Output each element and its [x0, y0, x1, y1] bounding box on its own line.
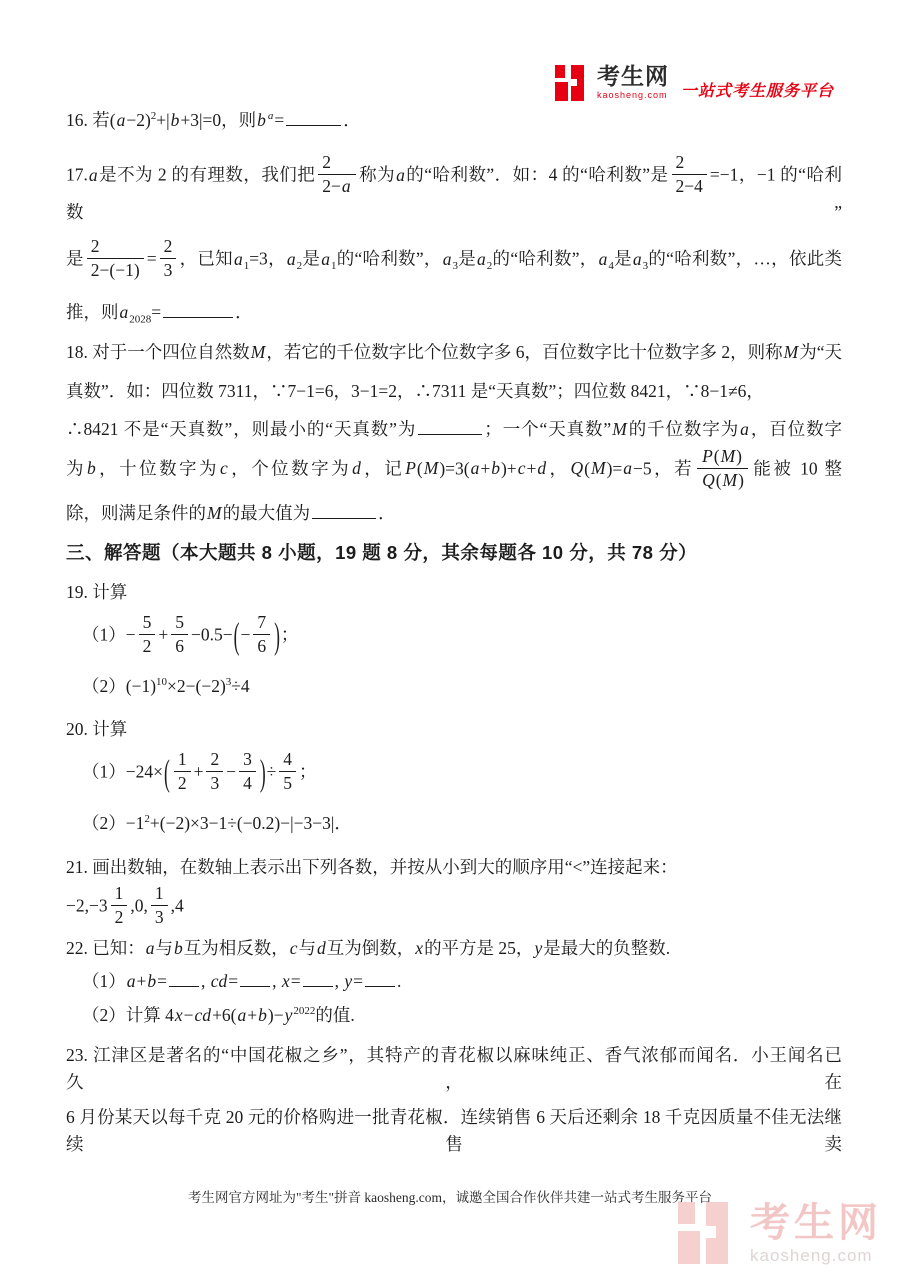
question-23: 23. 江津区是著名的“中国花椒之乡”，其特产的青花椒以麻味纯正、香气浓郁而闻名… [66, 1042, 842, 1159]
question-20-part-2: （2）−12+(−2)×3−1÷(−0.2)−|−3−3|． [66, 810, 842, 837]
exam-content: 16. 若(a−2)2+|b+3|=0，则ba=． 17.a是不为 2 的有理数… [0, 107, 900, 1158]
question-20-head: 20. 计算 [66, 716, 842, 743]
question-22-part-2: （2）计算 4x−cd+6(a+b)−y2022的值. [66, 1002, 842, 1029]
question-23-line-2: 6 月份某天以每千克 20 元的价格购进一批青花椒．连续销售 6 天后还剩余 1… [66, 1104, 842, 1158]
question-18: 18. 对于一个四位自然数M，若它的千位数字比个位数字多 6，百位数字比十位数字… [66, 339, 842, 527]
question-17-line-3: 推，则a2028=． [66, 299, 842, 326]
exam-paper-page: 考生网 kaosheng.com 一站式考生服务平台 16. 若(a−2)2+|… [0, 0, 900, 1272]
kaosheng-watermark-icon [678, 1202, 740, 1264]
page-header: 考生网 kaosheng.com 一站式考生服务平台 [0, 0, 900, 101]
question-21-head: 21. 画出数轴，在数轴上表示出下列各数，并按从小到大的顺序用“<”连接起来： [66, 854, 842, 881]
watermark-domain: kaosheng.com [750, 1247, 882, 1264]
question-17-line-2: 是22−(−1)=23，已知a1=3，a2是a1的“哈利数”，a3是a2的“哈利… [66, 238, 842, 283]
question-21: 21. 画出数轴，在数轴上表示出下列各数，并按从小到大的顺序用“<”连接起来： … [66, 854, 842, 929]
watermark-text: 考生网 kaosheng.com [750, 1203, 882, 1264]
logo-name: 考生网 [597, 65, 669, 88]
question-16: 16. 若(a−2)2+|b+3|=0，则ba=． [66, 107, 842, 134]
question-19-part-1: （1）−52+56−0.5−(−76)； [66, 614, 842, 659]
section-3-heading: 三、解答题（本大题共 8 小题，19 题 8 分，其余每题各 10 分，共 78… [66, 539, 842, 565]
question-23-line-1: 23. 江津区是著名的“中国花椒之乡”，其特产的青花椒以麻味纯正、香气浓郁而闻名… [66, 1042, 842, 1096]
kaosheng-logo-icon [555, 65, 591, 101]
question-21-values: −2,−312,0,13,4 [66, 885, 842, 930]
question-17: 17.a是不为 2 的有理数，我们把22−a称为a的“哈利数”．如：4 的“哈利… [66, 154, 842, 326]
question-18-line-4: 为b，十位数字为c，个位数字为d，记P(M)=3(a+b)+c+d，Q(M)=a… [66, 448, 842, 493]
kaosheng-watermark: 考生网 kaosheng.com [678, 1202, 882, 1264]
question-20: 20. 计算 （1）−24×(12+23−34)÷45； （2）−12+(−2)… [66, 716, 842, 837]
question-17-line-1: 17.a是不为 2 的有理数，我们把22−a称为a的“哈利数”．如：4 的“哈利… [66, 154, 842, 226]
question-19: 19. 计算 （1）−52+56−0.5−(−76)； （2）(−1)10×2−… [66, 579, 842, 700]
question-18-line-5: 除，则满足条件的M的最大值为． [66, 500, 842, 527]
logo-text: 考生网 kaosheng.com [597, 65, 669, 100]
logo-tagline: 一站式考生服务平台 [681, 78, 834, 101]
logo-domain: kaosheng.com [597, 91, 669, 100]
question-16-text: 16. 若(a−2)2+|b+3|=0，则ba=． [66, 107, 842, 134]
watermark-name: 考生网 [750, 1203, 882, 1243]
question-18-line-1: 18. 对于一个四位自然数M，若它的千位数字比个位数字多 6，百位数字比十位数字… [66, 339, 842, 366]
question-18-line-2: 真数”．如：四位数 7311，∵7−1=6，3−1=2，∴7311 是“天真数”… [66, 378, 842, 405]
question-19-part-2: （2）(−1)10×2−(−2)3÷4 [66, 673, 842, 700]
question-22: 22. 已知：a与b互为相反数，c与d互为倒数，x的平方是 25，y是最大的负整… [66, 935, 842, 1029]
question-22-head: 22. 已知：a与b互为相反数，c与d互为倒数，x的平方是 25，y是最大的负整… [66, 935, 842, 962]
kaosheng-logo: 考生网 kaosheng.com 一站式考生服务平台 [555, 64, 834, 101]
question-19-head: 19. 计算 [66, 579, 842, 606]
question-20-part-1: （1）−24×(12+23−34)÷45； [66, 751, 842, 796]
question-22-part-1: （1）a+b=, cd=, x=, y=. [66, 968, 842, 995]
question-18-line-3: ∴8421 不是“天真数”，则最小的“天真数”为；一个“天真数”M的千位数字为a… [66, 416, 842, 443]
